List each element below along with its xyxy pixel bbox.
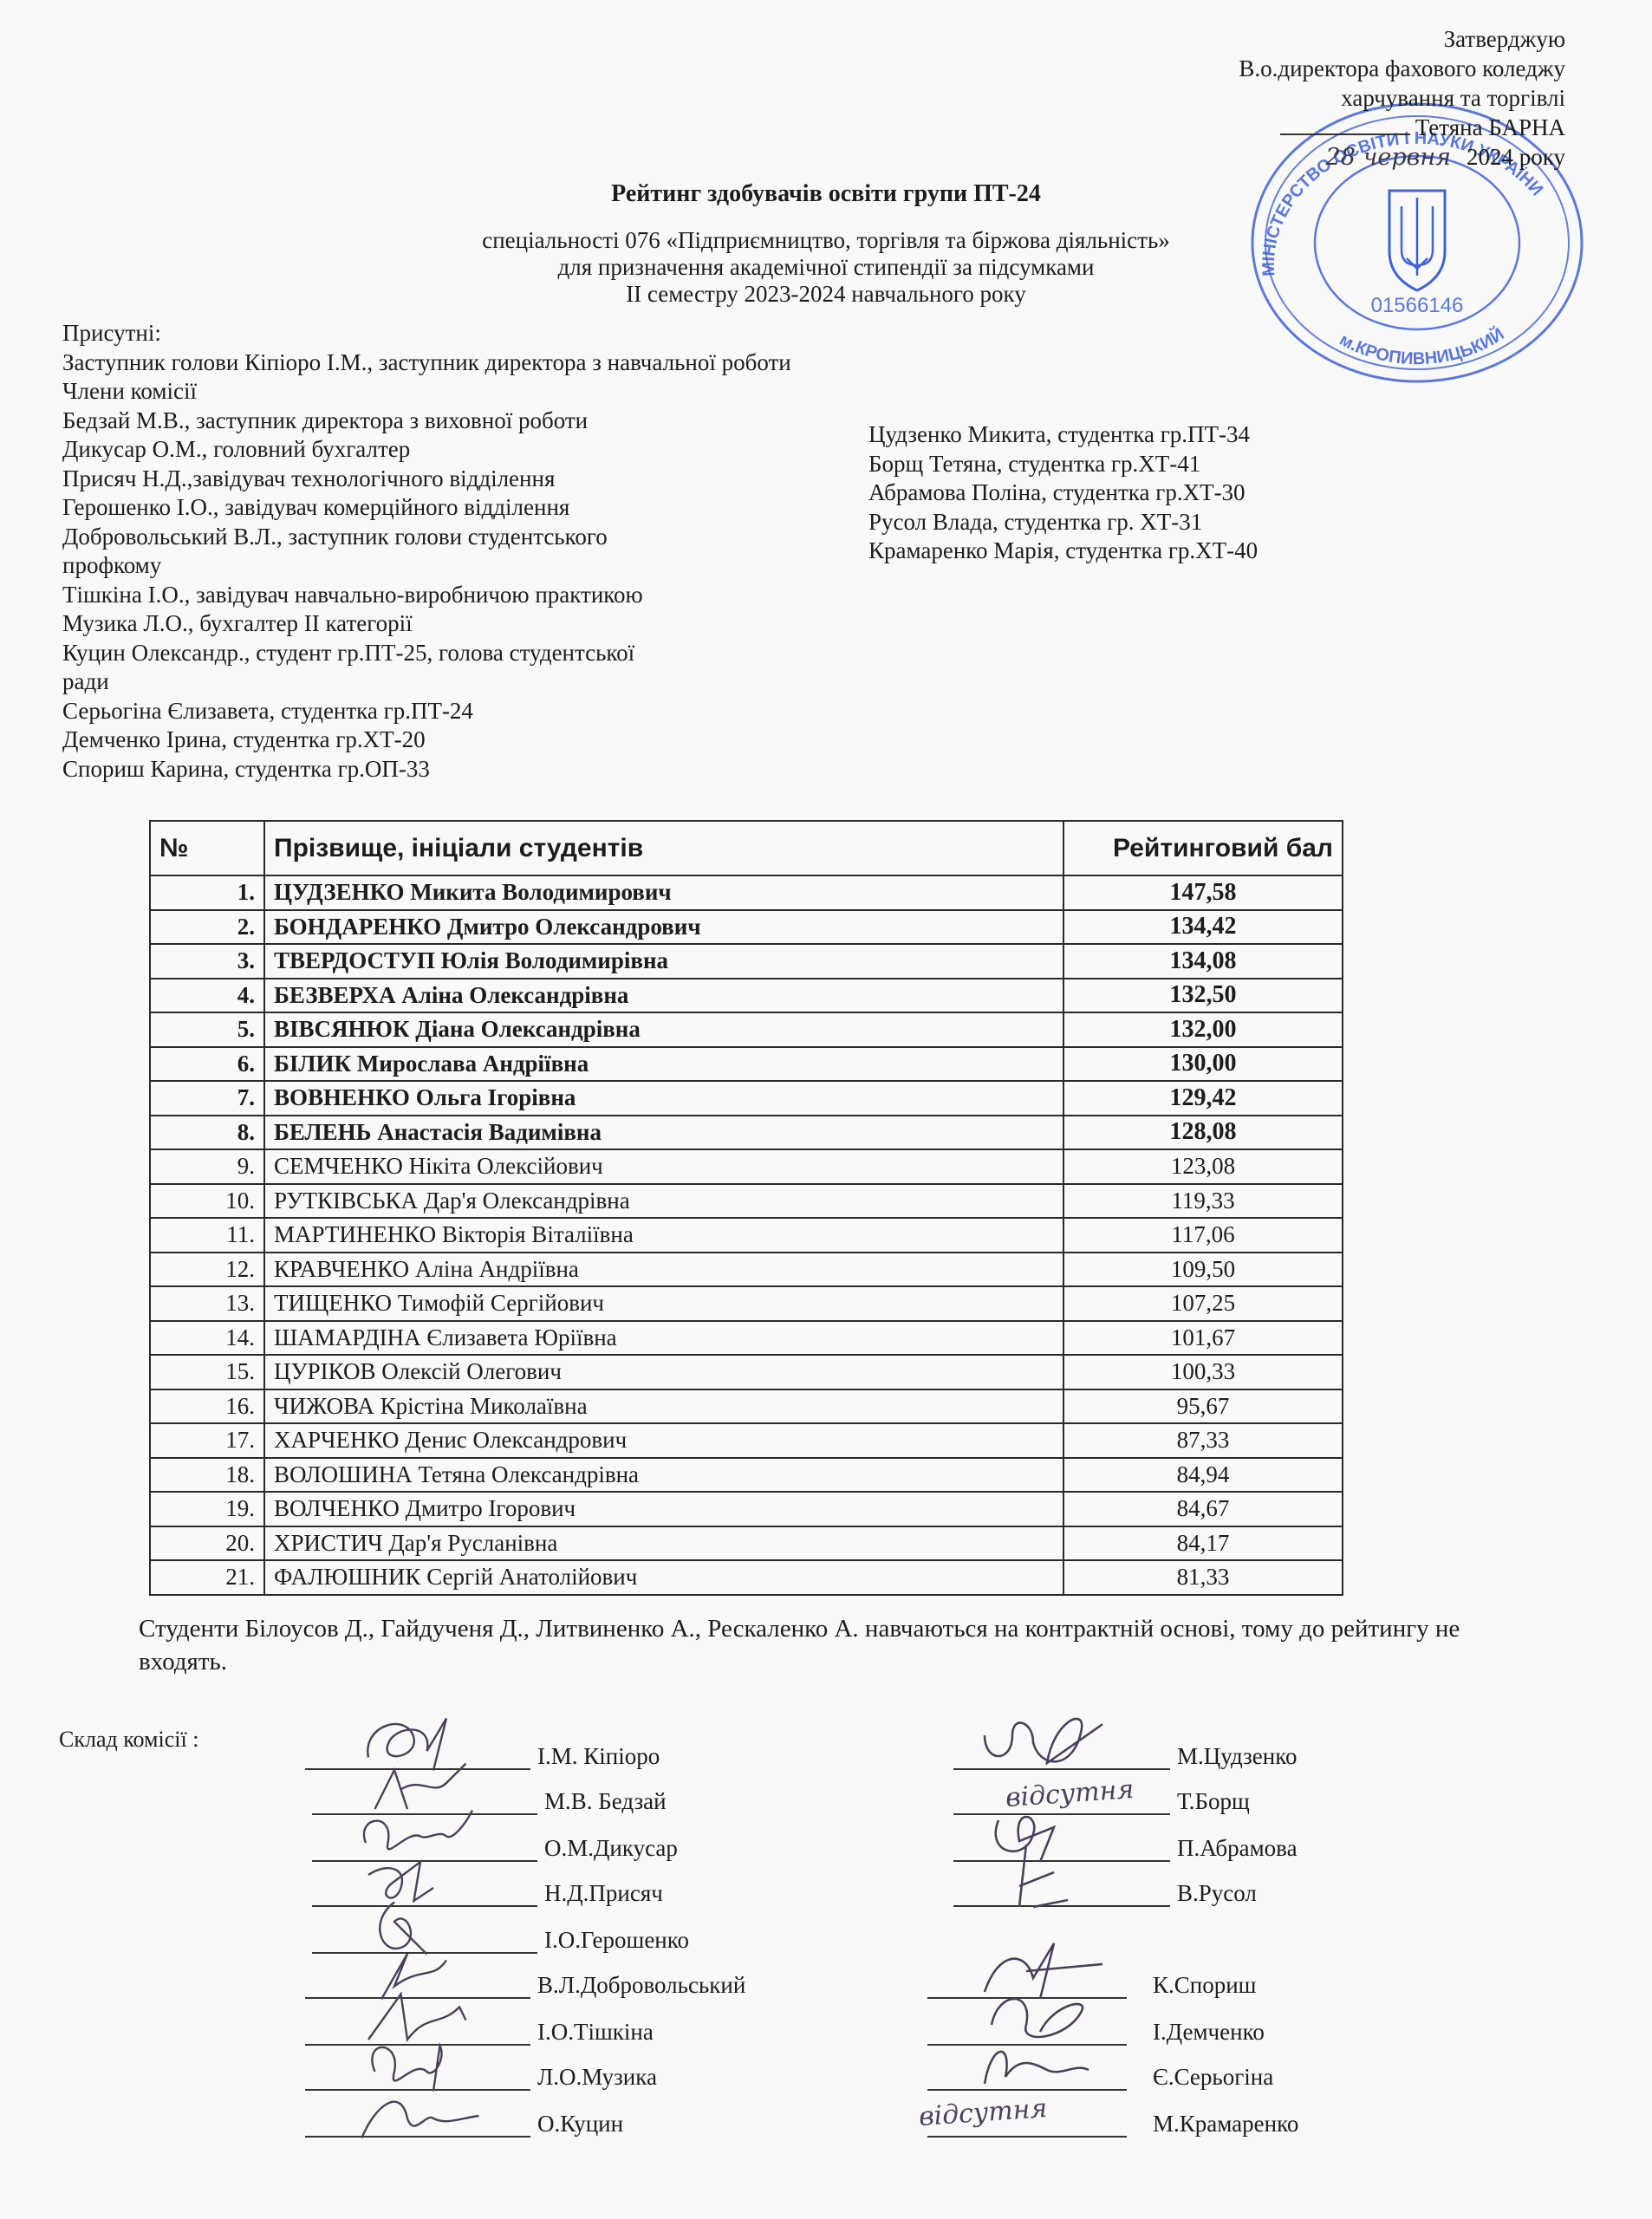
rating-table: № Прізвище, ініціали студентів Рейтингов… xyxy=(149,820,1343,1596)
member-entry: Демченко Ірина, студентка гр.ХТ-20 xyxy=(62,726,791,755)
student-name: ЦУДЗЕНКО Микита Володимирович xyxy=(264,875,1063,910)
member-entry: профкому xyxy=(62,551,791,581)
row-number: 18. xyxy=(150,1458,264,1493)
signatory-name: К.Спориш xyxy=(1153,1972,1256,1999)
signatory-name: В.Русол xyxy=(1177,1880,1257,1907)
signature-line xyxy=(953,1879,1170,1907)
table-row: 12.КРАВЧЕНКО Аліна Андріївна109,50 xyxy=(150,1253,1343,1287)
student-surname: ТВЕРДОСТУП xyxy=(274,947,435,973)
signature-line xyxy=(305,2018,530,2046)
rating-score: 100,33 xyxy=(1063,1355,1343,1389)
signature-line xyxy=(305,2063,530,2091)
student-given-names: Ольга Ігорівна xyxy=(416,1084,576,1110)
member-entry: Цудзенко Микита, студентка гр.ПТ-34 xyxy=(868,420,1258,450)
signature-line xyxy=(927,2063,1127,2091)
student-given-names: Нікіта Олексійович xyxy=(409,1153,603,1179)
student-surname: КРАВЧЕНКО xyxy=(274,1256,409,1282)
rating-score: 84,67 xyxy=(1063,1492,1343,1526)
member-entry: Крамаренко Марія, студентка гр.ХТ-40 xyxy=(868,537,1258,566)
approval-line-3: харчування та торгівлі xyxy=(1239,83,1565,113)
contract-students-note: Студенти Білоусов Д., Гайдученя Д., Литв… xyxy=(139,1612,1525,1678)
table-row: 19.ВОЛЧЕНКО Дмитро Ігорович84,67 xyxy=(150,1492,1343,1526)
rating-score: 147,58 xyxy=(1063,875,1343,910)
student-surname: МАРТИНЕНКО xyxy=(274,1221,436,1247)
student-name: ШАМАРДІНА Єлизавета Юріївна xyxy=(264,1321,1063,1356)
student-name: БЕЛЕНЬ Анастасія Вадимівна xyxy=(264,1116,1063,1150)
signature-line xyxy=(927,2018,1127,2046)
row-number: 3. xyxy=(150,944,264,979)
student-surname: ХРИСТИЧ xyxy=(274,1530,383,1556)
signatory-name: В.Л.Добровольський xyxy=(537,1972,745,1999)
row-number: 2. xyxy=(150,910,264,945)
row-number: 10. xyxy=(150,1184,264,1219)
student-name: ЦУРІКОВ Олексій Олегович xyxy=(264,1355,1063,1389)
member-entry: Куцин Олександр., студент гр.ПТ-25, голо… xyxy=(62,639,791,668)
signature-line xyxy=(305,1742,530,1770)
approval-director-name: Тетяна БАРНА xyxy=(1415,114,1565,140)
member-entry: Абрамова Поліна, студентка гр.ХТ-30 xyxy=(868,478,1258,508)
student-name: ВОЛОШИНА Тетяна Олександрівна xyxy=(264,1458,1063,1493)
table-header-row: № Прізвище, ініціали студентів Рейтингов… xyxy=(150,821,1343,875)
signature-line xyxy=(312,1834,537,1862)
student-given-names: Дмитро Ігорович xyxy=(406,1495,576,1521)
signatory-name: О.М.Дикусар xyxy=(544,1835,678,1862)
signature-row: Н.Д.Присяч xyxy=(312,1879,663,1907)
signature-line xyxy=(927,1971,1127,1999)
subtitle-line-3: ІІ семестру 2023-2024 навчального року xyxy=(0,281,1652,307)
student-name: РУТКІВСЬКА Дар'я Олександрівна xyxy=(264,1184,1063,1219)
signature-row: О.Куцин xyxy=(305,2110,623,2138)
member-entry: Присяч Н.Д.,завідувач технологічного від… xyxy=(62,465,791,494)
rating-score: 87,33 xyxy=(1063,1423,1343,1458)
members-right-list: Цудзенко Микита, студентка гр.ПТ-34Борщ … xyxy=(868,420,1258,566)
student-name: ТВЕРДОСТУП Юлія Володимирівна xyxy=(264,944,1063,979)
student-surname: БІЛИК xyxy=(274,1051,351,1077)
student-surname: БЕЛЕНЬ xyxy=(274,1119,371,1145)
row-number: 13. xyxy=(150,1286,264,1321)
student-given-names: Тимофій Сергійович xyxy=(398,1290,604,1316)
student-name: ВОВНЕНКО Ольга Ігорівна xyxy=(264,1081,1063,1116)
member-entry: ради xyxy=(62,667,791,697)
signatory-name: Л.О.Музика xyxy=(537,2064,657,2091)
row-number: 19. xyxy=(150,1492,264,1526)
student-surname: ШАМАРДІНА xyxy=(274,1324,421,1350)
row-number: 6. xyxy=(150,1047,264,1082)
signature-row: М.Цудзенко xyxy=(953,1742,1297,1770)
approval-date-year: 2024 року xyxy=(1467,144,1565,170)
member-entry: Тішкіна І.О., завідувач навчально-виробн… xyxy=(62,581,791,610)
signatory-name: І.О.Тішкіна xyxy=(537,2019,654,2046)
header-number: № xyxy=(150,821,264,875)
members-heading: Члени комісії xyxy=(62,377,791,407)
student-surname: ФАЛЮШНИК xyxy=(274,1564,420,1590)
rating-score: 101,67 xyxy=(1063,1321,1343,1356)
table-row: 1.ЦУДЗЕНКО Микита Володимирович147,58 xyxy=(150,875,1343,910)
table-row: 2.БОНДАРЕНКО Дмитро Олександрович134,42 xyxy=(150,910,1343,945)
student-given-names: Сергій Анатолійович xyxy=(426,1564,637,1590)
rating-score: 107,25 xyxy=(1063,1286,1343,1321)
rating-score: 132,00 xyxy=(1063,1012,1343,1047)
student-name: СЕМЧЕНКО Нікіта Олексійович xyxy=(264,1149,1063,1184)
rating-score: 84,94 xyxy=(1063,1458,1343,1493)
student-surname: ВІВСЯНЮК xyxy=(274,1016,410,1042)
row-number: 1. xyxy=(150,875,264,910)
signatory-name: Н.Д.Присяч xyxy=(544,1880,663,1907)
student-name: ВОЛЧЕНКО Дмитро Ігорович xyxy=(264,1492,1063,1526)
student-given-names: Єлизавета Юріївна xyxy=(426,1324,616,1350)
signature-row: І.Демченко xyxy=(927,2018,1265,2046)
subtitle-line-1: спеціальності 076 «Підприємництво, торгі… xyxy=(0,227,1652,253)
approval-block: Затверджую В.о.директора фахового коледж… xyxy=(1239,24,1565,172)
student-surname: РУТКІВСЬКА xyxy=(274,1188,418,1214)
attendees-left: Присутні: Заступник голови Кіпіоро І.М.,… xyxy=(62,319,791,784)
table-row: 10.РУТКІВСЬКА Дар'я Олександрівна119,33 xyxy=(150,1184,1343,1219)
signatory-name: П.Абрамова xyxy=(1177,1835,1298,1862)
table-row: 20.ХРИСТИЧ Дар'я Русланівна84,17 xyxy=(150,1526,1343,1561)
row-number: 5. xyxy=(150,1012,264,1047)
signature-row: І.О.Тішкіна xyxy=(305,2018,654,2046)
document-page: МІНІСТЕРСТВО ОСВІТИ І НАУКИ УКРАЇНИ м.КР… xyxy=(0,0,1652,2219)
signature-line xyxy=(953,1834,1170,1862)
signature-line xyxy=(312,1787,537,1815)
signatory-name: І.О.Герошенко xyxy=(544,1927,689,1954)
signature-row: П.Абрамова xyxy=(953,1834,1298,1862)
row-number: 14. xyxy=(150,1321,264,1356)
student-name: ХАРЧЕНКО Денис Олександрович xyxy=(264,1423,1063,1458)
student-name: ТИЩЕНКО Тимофій Сергійович xyxy=(264,1286,1063,1321)
signature-row: М.В. Бедзай xyxy=(312,1787,667,1815)
signatory-name: М.Крамаренко xyxy=(1153,2111,1298,2138)
rating-score: 134,42 xyxy=(1063,910,1343,945)
signature-line xyxy=(312,1926,537,1954)
signatory-name: І.М. Кіпіоро xyxy=(537,1743,660,1770)
row-number: 15. xyxy=(150,1355,264,1389)
table-row: 5.ВІВСЯНЮК Діана Олександрівна132,00 xyxy=(150,1012,1343,1047)
header-student-name: Прізвище, ініціали студентів xyxy=(264,821,1063,875)
rating-score: 130,00 xyxy=(1063,1047,1343,1082)
member-entry: Герошенко І.О., завідувач комерційного в… xyxy=(62,493,791,523)
student-surname: ЧИЖОВА xyxy=(274,1393,374,1419)
student-given-names: Олексій Олегович xyxy=(381,1358,562,1384)
student-name: КРАВЧЕНКО Аліна Андріївна xyxy=(264,1253,1063,1287)
student-given-names: Аліна Олександрівна xyxy=(401,982,628,1008)
rating-score: 123,08 xyxy=(1063,1149,1343,1184)
row-number: 17. xyxy=(150,1423,264,1458)
member-entry: Дикусар О.М., головний бухгалтер xyxy=(62,435,791,465)
signature-row: К.Спориш xyxy=(927,1971,1256,1999)
student-given-names: Дмитро Олександрович xyxy=(447,914,701,940)
member-entry: Борщ Тетяна, студентка гр.ХТ-41 xyxy=(868,450,1258,479)
student-given-names: Тетяна Олександрівна xyxy=(418,1461,639,1487)
rating-score: 129,42 xyxy=(1063,1081,1343,1116)
approval-line-1: Затверджую xyxy=(1239,24,1565,54)
rating-score: 119,33 xyxy=(1063,1184,1343,1219)
student-surname: БОНДАРЕНКО xyxy=(274,914,441,940)
student-surname: ВОВНЕНКО xyxy=(274,1084,410,1110)
signatory-name: М.Цудзенко xyxy=(1177,1743,1297,1770)
student-name: БОНДАРЕНКО Дмитро Олександрович xyxy=(264,910,1063,945)
signatory-name: М.В. Бедзай xyxy=(544,1788,667,1815)
student-given-names: Мирослава Андріївна xyxy=(357,1051,589,1077)
approval-line-2: В.о.директора фахового коледжу xyxy=(1239,54,1565,83)
signatory-name: Є.Серьогіна xyxy=(1153,2064,1273,2091)
row-number: 7. xyxy=(150,1081,264,1116)
attendees-heading: Присутні: xyxy=(62,319,791,348)
student-name: БІЛИК Мирослава Андріївна xyxy=(264,1047,1063,1082)
table-row: 8.БЕЛЕНЬ Анастасія Вадимівна128,08 xyxy=(150,1116,1343,1150)
table-row: 7.ВОВНЕНКО Ольга Ігорівна129,42 xyxy=(150,1081,1343,1116)
member-entry: Добровольський В.Л., заступник голови ст… xyxy=(62,523,791,552)
row-number: 12. xyxy=(150,1253,264,1287)
student-given-names: Юлія Володимирівна xyxy=(441,947,668,973)
table-row: 16.ЧИЖОВА Крістіна Миколаївна95,67 xyxy=(150,1389,1343,1424)
row-number: 21. xyxy=(150,1560,264,1595)
table-row: 6.БІЛИК Мирослава Андріївна130,00 xyxy=(150,1047,1343,1082)
row-number: 16. xyxy=(150,1389,264,1424)
row-number: 4. xyxy=(150,979,264,1013)
signature-row: Л.О.Музика xyxy=(305,2063,657,2091)
member-entry: Спориш Карина, студентка гр.ОП-33 xyxy=(62,755,791,784)
subtitle-line-2: для призначення академічної стипендії за… xyxy=(0,254,1652,280)
signature-row: В.Русол xyxy=(953,1879,1257,1907)
rating-score: 95,67 xyxy=(1063,1389,1343,1424)
student-given-names: Денис Олександрович xyxy=(405,1427,627,1453)
rating-score: 132,50 xyxy=(1063,979,1343,1013)
student-given-names: Микита Володимирович xyxy=(410,879,671,905)
student-surname: ВОЛЧЕНКО xyxy=(274,1495,400,1521)
table-row: 11.МАРТИНЕНКО Вікторія Віталіївна117,06 xyxy=(150,1218,1343,1253)
student-surname: СЕМЧЕНКО xyxy=(274,1153,403,1179)
student-surname: ВОЛОШИНА xyxy=(274,1461,413,1487)
student-name: ВІВСЯНЮК Діана Олександрівна xyxy=(264,1012,1063,1047)
student-given-names: Дар'я Русланівна xyxy=(388,1530,557,1556)
student-surname: БЕЗВЕРХА xyxy=(274,982,396,1008)
student-name: ЧИЖОВА Крістіна Миколаївна xyxy=(264,1389,1063,1424)
rating-score: 117,06 xyxy=(1063,1218,1343,1253)
rating-score: 81,33 xyxy=(1063,1560,1343,1595)
student-given-names: Анастасія Вадимівна xyxy=(377,1119,602,1145)
student-given-names: Аліна Андріївна xyxy=(415,1256,579,1282)
student-name: ФАЛЮШНИК Сергій Анатолійович xyxy=(264,1560,1063,1595)
rating-score: 109,50 xyxy=(1063,1253,1343,1287)
student-given-names: Дар'я Олександрівна xyxy=(424,1188,630,1214)
signatory-name: І.Демченко xyxy=(1153,2019,1265,2046)
page-title: Рейтинг здобувачів освіти групи ПТ-24 xyxy=(0,180,1652,208)
table-row: 14.ШАМАРДІНА Єлизавета Юріївна101,67 xyxy=(150,1321,1343,1356)
table-row: 13.ТИЩЕНКО Тимофій Сергійович107,25 xyxy=(150,1286,1343,1321)
signature-line xyxy=(312,1879,537,1907)
commission-label: Склад комісії : xyxy=(59,1727,198,1753)
row-number: 11. xyxy=(150,1218,264,1253)
table-row: 4.БЕЗВЕРХА Аліна Олександрівна132,50 xyxy=(150,979,1343,1013)
row-number: 20. xyxy=(150,1526,264,1561)
table-row: 9.СЕМЧЕНКО Нікіта Олексійович123,08 xyxy=(150,1149,1343,1184)
rating-score: 134,08 xyxy=(1063,944,1343,979)
student-surname: ХАРЧЕНКО xyxy=(274,1427,399,1453)
signature-row: І.О.Герошенко xyxy=(312,1926,689,1954)
signatory-name: Т.Борщ xyxy=(1177,1788,1250,1815)
signature-line xyxy=(305,2110,530,2138)
signature-row: Є.Серьогіна xyxy=(927,2063,1273,2091)
signature-row: О.М.Дикусар xyxy=(312,1834,678,1862)
approval-date-handwritten: 28 червня xyxy=(1326,144,1451,171)
member-entry: Русол Влада, студентка гр. ХТ-31 xyxy=(868,508,1258,537)
student-surname: ТИЩЕНКО xyxy=(274,1290,392,1316)
member-entry: Музика Л.О., бухгалтер ІІ категорії xyxy=(62,609,791,639)
student-given-names: Діана Олександрівна xyxy=(415,1016,641,1042)
member-entry: Серьогіна Єлизавета, студентка гр.ПТ-24 xyxy=(62,697,791,726)
rating-table-body: 1.ЦУДЗЕНКО Микита Володимирович147,582.Б… xyxy=(150,875,1343,1595)
signature-line xyxy=(953,1742,1170,1770)
student-given-names: Вікторія Віталіївна xyxy=(442,1221,634,1247)
student-surname: ЦУРІКОВ xyxy=(274,1358,375,1384)
table-row: 15.ЦУРІКОВ Олексій Олегович100,33 xyxy=(150,1355,1343,1389)
rating-score: 84,17 xyxy=(1063,1526,1343,1561)
director-signature-line xyxy=(1280,116,1410,135)
members-left-list: Бедзай М.В., заступник директора з вихов… xyxy=(62,407,791,784)
table-row: 3.ТВЕРДОСТУП Юлія Володимирівна134,08 xyxy=(150,944,1343,979)
student-surname: ЦУДЗЕНКО xyxy=(274,879,405,905)
signatory-name: О.Куцин xyxy=(537,2111,623,2138)
row-number: 9. xyxy=(150,1149,264,1184)
header-rating-score: Рейтинговий бал xyxy=(1063,821,1343,875)
signature-line xyxy=(305,1971,530,1999)
student-name: МАРТИНЕНКО Вікторія Віталіївна xyxy=(264,1218,1063,1253)
member-entry: Бедзай М.В., заступник директора з вихов… xyxy=(62,407,791,436)
rating-score: 128,08 xyxy=(1063,1116,1343,1150)
deputy-chair: Заступник голови Кіпіоро І.М., заступник… xyxy=(62,348,791,378)
signature-row: І.М. Кіпіоро xyxy=(305,1742,660,1770)
signature-row: В.Л.Добровольський xyxy=(305,1971,745,1999)
row-number: 8. xyxy=(150,1116,264,1150)
table-row: 21.ФАЛЮШНИК Сергій Анатолійович81,33 xyxy=(150,1560,1343,1595)
student-given-names: Крістіна Миколаївна xyxy=(380,1393,588,1419)
table-row: 18.ВОЛОШИНА Тетяна Олександрівна84,94 xyxy=(150,1458,1343,1493)
table-row: 17.ХАРЧЕНКО Денис Олександрович87,33 xyxy=(150,1423,1343,1458)
student-name: ХРИСТИЧ Дар'я Русланівна xyxy=(264,1526,1063,1561)
student-name: БЕЗВЕРХА Аліна Олександрівна xyxy=(264,979,1063,1013)
